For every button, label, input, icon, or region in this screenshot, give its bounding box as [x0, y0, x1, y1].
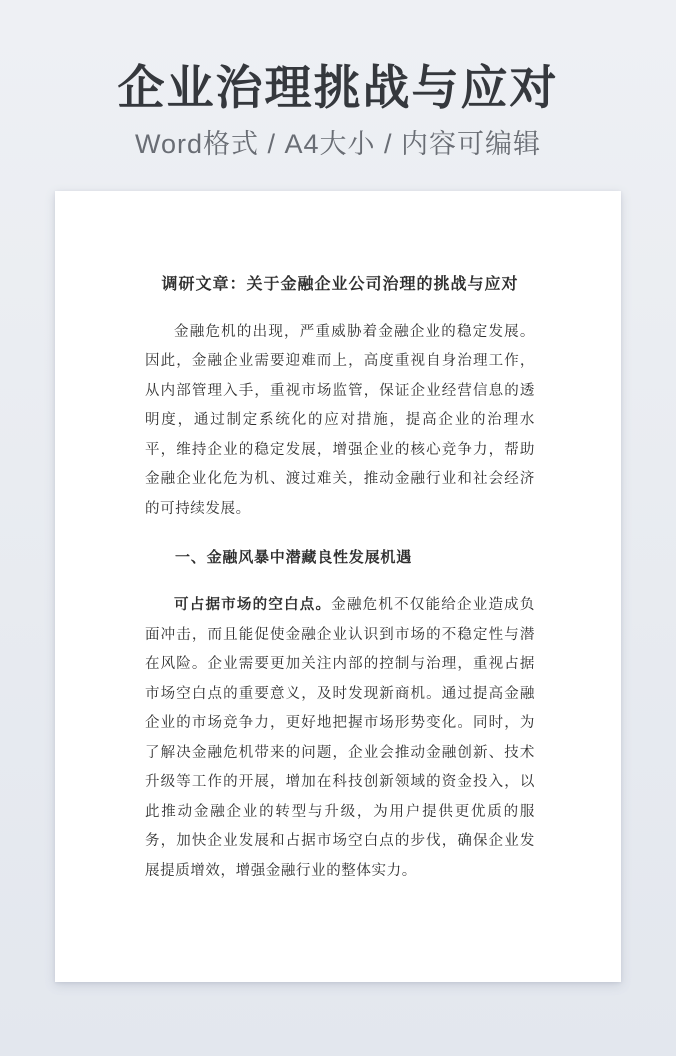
- header: 企业治理挑战与应对 Word格式 / A4大小 / 内容可编辑: [0, 0, 676, 161]
- section-heading: 一、金融风暴中潜藏良性发展机遇: [145, 547, 535, 569]
- paragraph-2-lead: 可占据市场的空白点。: [174, 597, 331, 613]
- preview-background: 企业治理挑战与应对 Word格式 / A4大小 / 内容可编辑 调研文章：关于金…: [0, 0, 676, 1056]
- page-subtitle: Word格式 / A4大小 / 内容可编辑: [0, 122, 676, 161]
- document-title: 调研文章：关于金融企业公司治理的挑战与应对: [145, 274, 535, 296]
- document-paragraph-2: 可占据市场的空白点。金融危机不仅能给企业造成负面冲击，而且能促使金融企业认识到市…: [145, 591, 535, 886]
- paragraph-2-body: 金融危机不仅能给企业造成负面冲击，而且能促使金融企业认识到市场的不稳定性与潜在风…: [145, 597, 535, 879]
- page-title: 企业治理挑战与应对: [0, 62, 676, 115]
- document-page: 调研文章：关于金融企业公司治理的挑战与应对 金融危机的出现，严重威胁着金融企业的…: [55, 191, 621, 982]
- document-paragraph-1: 金融危机的出现，严重威胁着金融企业的稳定发展。因此，金融企业需要迎难而上，高度重…: [145, 318, 535, 525]
